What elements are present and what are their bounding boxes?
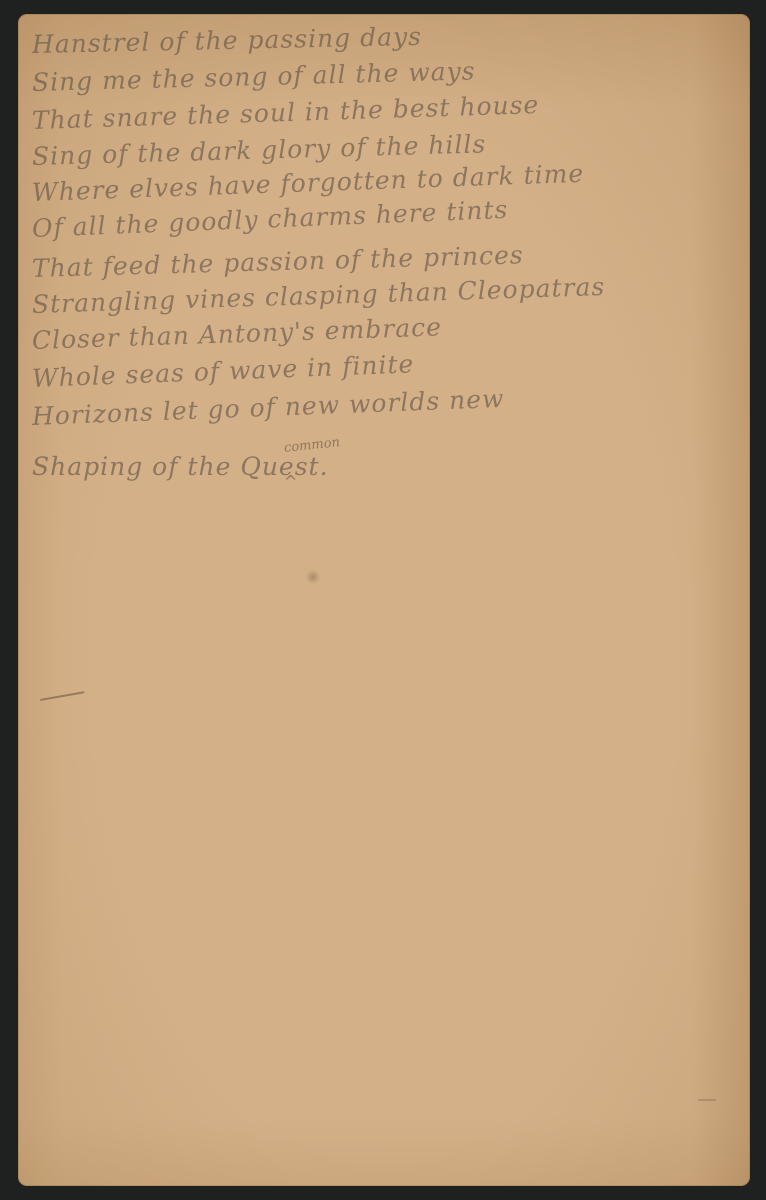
- stray-pencil-mark: [698, 1099, 716, 1101]
- insertion-caret: ^: [284, 472, 297, 491]
- manuscript-line-9: Closer than Antony's embrace: [32, 312, 443, 355]
- manuscript-line-3: That snare the soul in the best house: [32, 90, 540, 135]
- manuscript-line-1: Hanstrel of the passing days: [32, 22, 423, 59]
- manuscript-line-10: Whole seas of wave in finite: [31, 349, 414, 393]
- manuscript-card: Hanstrel of the passing days Sing me the…: [18, 14, 750, 1186]
- manuscript-line-2: Sing me the song of all the ways: [32, 56, 476, 97]
- insertion-word: common: [283, 435, 340, 456]
- manuscript-line-11: Horizons let go of new worlds new: [31, 384, 504, 431]
- scan-background: Hanstrel of the passing days Sing me the…: [0, 0, 766, 1200]
- stray-pencil-mark: [40, 691, 85, 701]
- paper-smudge: [306, 569, 320, 585]
